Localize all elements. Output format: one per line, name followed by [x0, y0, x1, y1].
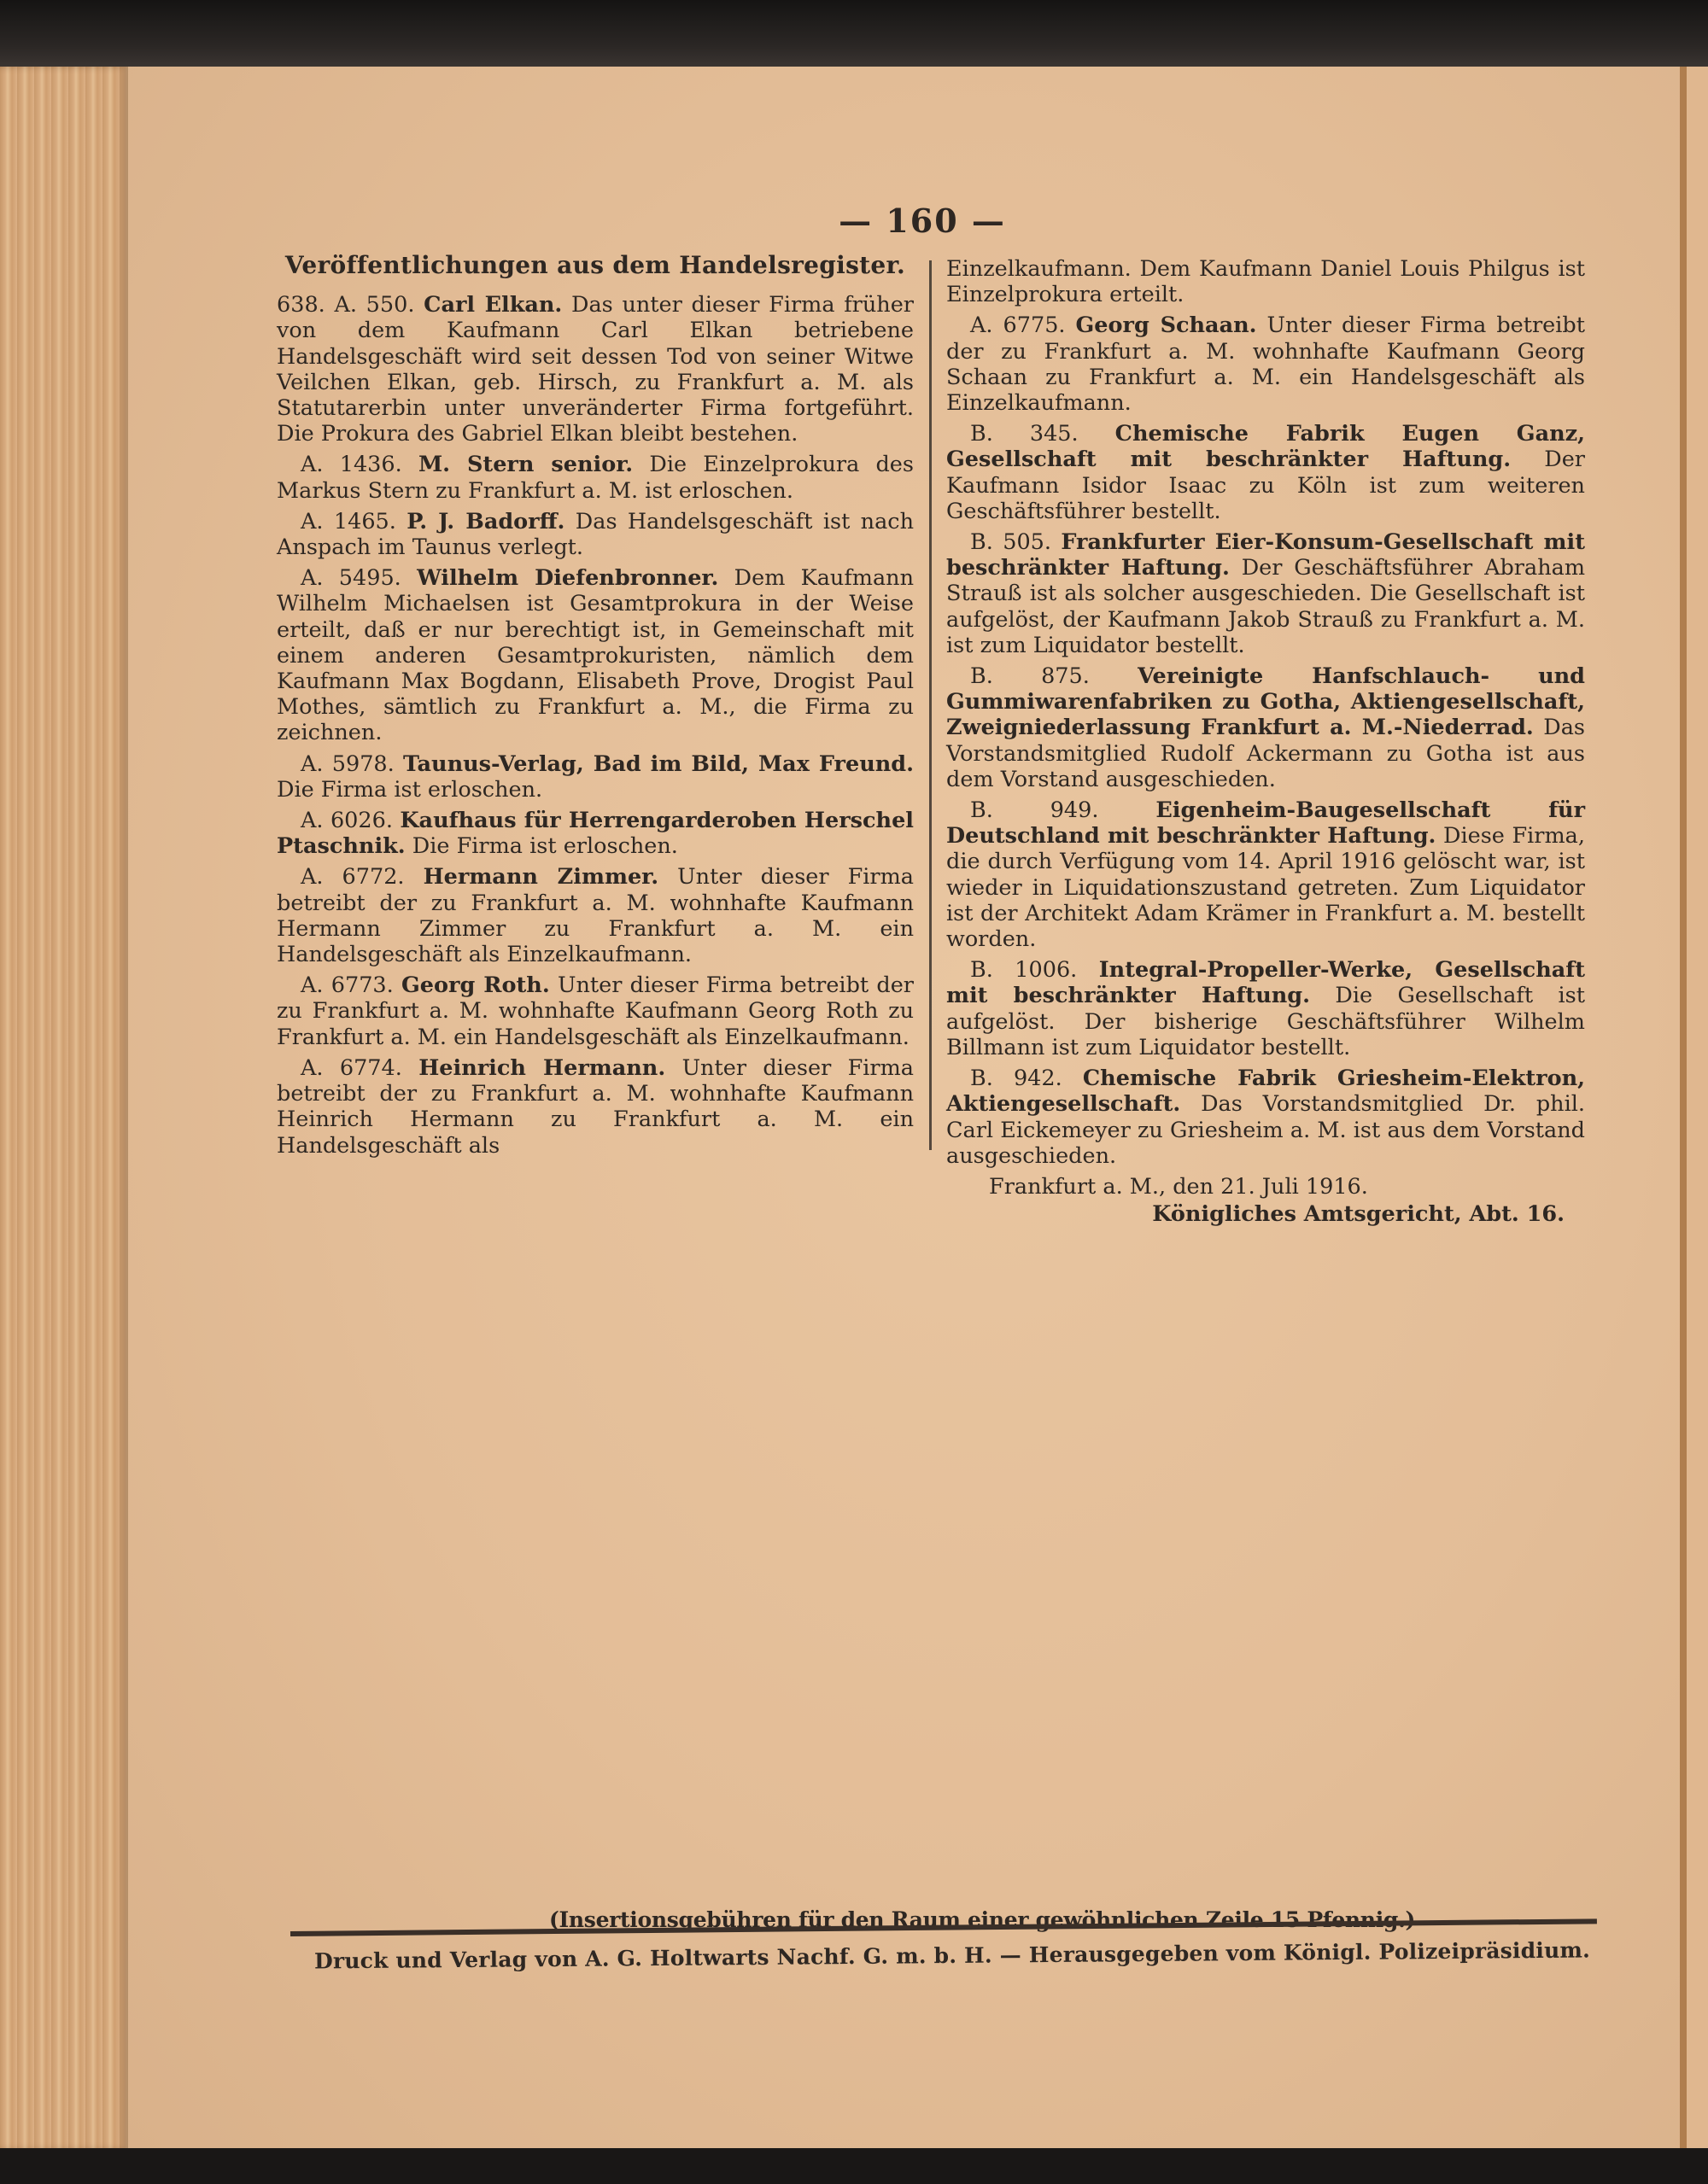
register-entry: B. 875. Vereinigte Hanfschlauch- und Gum… [946, 663, 1585, 792]
register-entry: A. 6774. Heinrich Hermann. Unter dieser … [277, 1055, 914, 1159]
register-entry: A. 6775. Georg Schaan. Unter dieser Firm… [946, 312, 1585, 416]
entry-reference: B. 875. [970, 663, 1090, 689]
register-entry: A. 1436. M. Stern senior. Die Einzelprok… [277, 452, 914, 503]
entry-text: Die Firma ist erloschen. [277, 777, 542, 803]
firm-name: Heinrich Hermann. [418, 1055, 665, 1081]
register-entry: B. 949. Eigenheim-Baugesellschaft für De… [946, 797, 1585, 952]
entry-reference: A. 6775. [970, 312, 1066, 338]
firm-name: Hermann Zimmer. [424, 864, 659, 890]
register-entry: B. 942. Chemische Fabrik Griesheim-Elekt… [946, 1066, 1585, 1169]
entry-reference: A. 6773. [301, 972, 394, 998]
firm-name: Carl Elkan. [424, 292, 562, 318]
register-entry: A. 6773. Georg Roth. Unter dieser Firma … [277, 972, 914, 1050]
register-entry: A. 6772. Hermann Zimmer. Unter dieser Fi… [277, 864, 914, 967]
entry-reference: A. 6772. [301, 864, 405, 890]
entry-reference: A. 6026. [301, 808, 393, 833]
register-entry: A. 5978. Taunus-Verlag, Bad im Bild, Max… [277, 751, 914, 803]
firm-name: Wilhelm Diefenbronner. [417, 565, 718, 591]
firm-name: Georg Roth. [401, 972, 550, 998]
entry-reference: A. 5978. [301, 751, 395, 777]
register-entry: A. 5495. Wilhelm Diefenbronner. Dem Kauf… [277, 565, 914, 745]
entry-text: Die Firma ist erloschen. [412, 833, 678, 859]
dateline: Frankfurt a. M., den 21. Juli 1916. [946, 1174, 1585, 1200]
section-heading: Veröffentlichungen aus dem Handelsregist… [277, 253, 914, 278]
entry-reference: A. 1436. [301, 452, 402, 477]
register-entry: A. 6026. Kaufhaus für Herrengarderoben H… [277, 808, 914, 859]
page-gutter [1680, 67, 1687, 2150]
book-page-edges [0, 67, 128, 2150]
continued-entry-text: Einzelkaufmann. Dem Kaufmann Daniel Loui… [946, 256, 1585, 307]
entry-reference: 638. A. 550. [277, 292, 414, 318]
firm-name: Georg Schaan. [1076, 312, 1257, 338]
scan-background-bottom [0, 2148, 1708, 2184]
right-column: Einzelkaufmann. Dem Kaufmann Daniel Loui… [946, 256, 1585, 1229]
register-entry: B. 505. Frankfurter Eier-Konsum-Gesellsc… [946, 529, 1585, 658]
entry-reference: A. 5495. [301, 565, 401, 591]
register-entry: 638. A. 550. Carl Elkan. Das unter diese… [277, 292, 914, 447]
court-signature: Königliches Amtsgericht, Abt. 16. [946, 1201, 1585, 1227]
entry-reference: B. 949. [970, 797, 1099, 823]
adjacent-page-edge [1687, 67, 1708, 2150]
column-divider [929, 260, 932, 1150]
left-column: Veröffentlichungen aus dem Handelsregist… [277, 253, 914, 1164]
firm-name: P. J. Badorff. [407, 509, 564, 534]
entry-text: Dem Kaufmann Wilhelm Michaelsen ist Gesa… [277, 565, 914, 745]
firm-name: Taunus-Verlag, Bad im Bild, Max Freund. [403, 751, 914, 777]
entry-reference: B. 942. [970, 1066, 1062, 1091]
entry-reference: B. 505. [970, 529, 1051, 555]
scan-background-top [0, 0, 1708, 67]
register-entry: B. 1006. Integral-Propeller-Werke, Gesel… [946, 957, 1585, 1060]
entry-reference: A. 6774. [301, 1055, 402, 1081]
entry-reference: A. 1465. [301, 509, 396, 534]
entry-reference: B. 1006. [970, 957, 1077, 983]
entry-reference: B. 345. [970, 421, 1079, 447]
register-entry: B. 345. Chemische Fabrik Eugen Ganz, Ges… [946, 421, 1585, 524]
firm-name: M. Stern senior. [418, 452, 633, 477]
register-entry: A. 1465. P. J. Badorff. Das Handelsgesch… [277, 509, 914, 560]
page-number: — 160 — [837, 201, 1008, 240]
